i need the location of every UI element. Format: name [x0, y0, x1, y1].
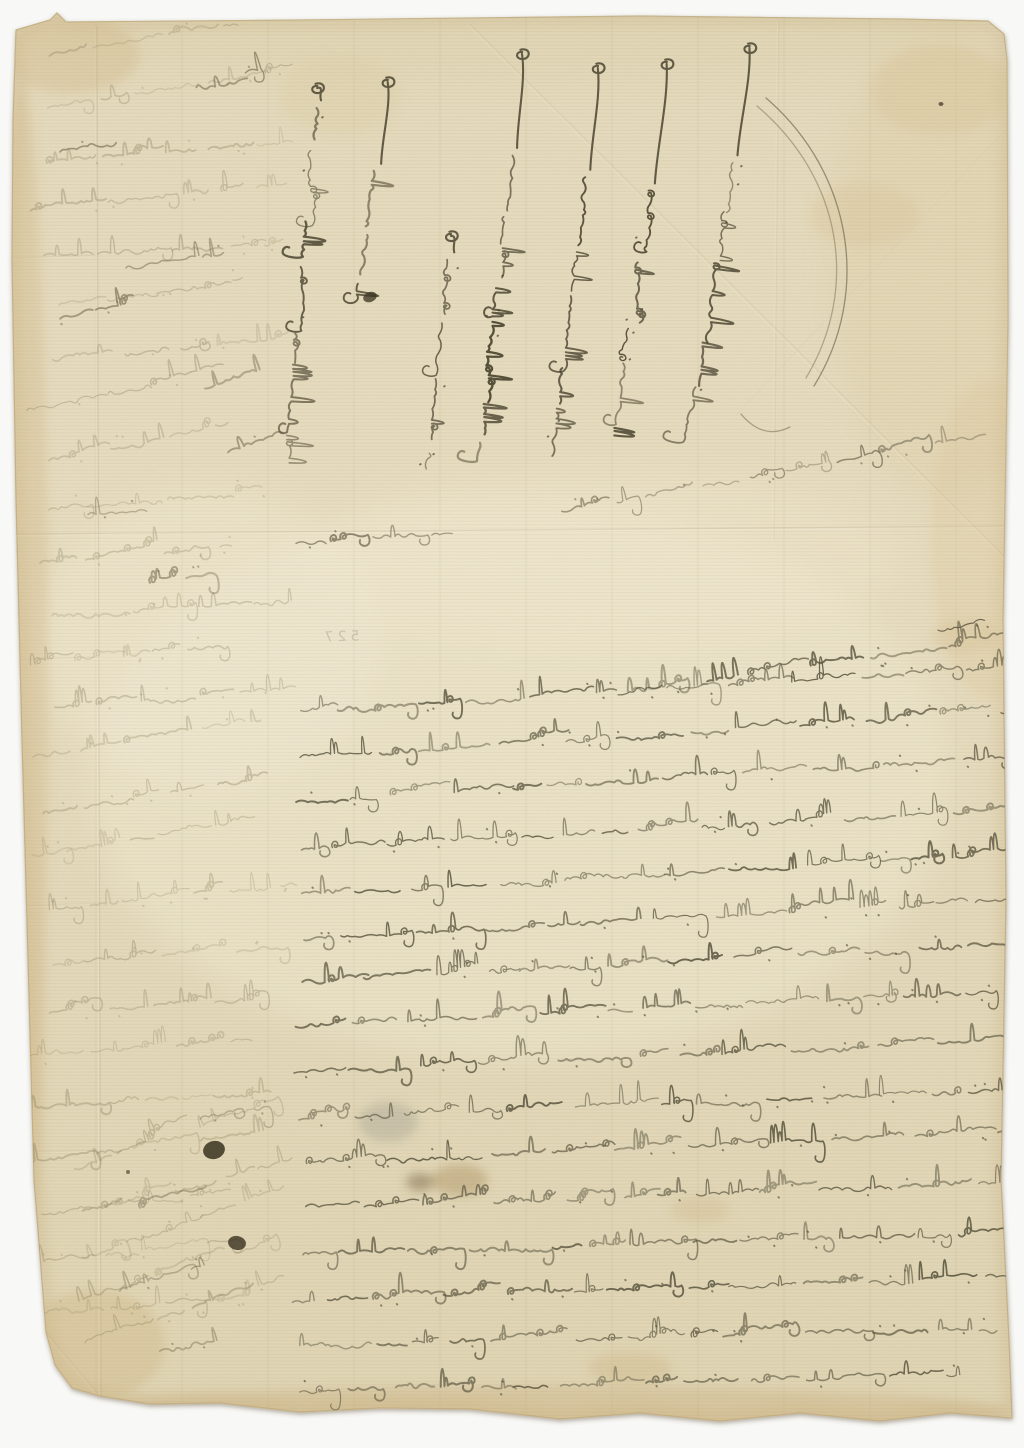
- scan-background: 527: [0, 0, 1024, 1448]
- paper-sheet: [0, 0, 1024, 1448]
- manuscript-page: [0, 0, 1024, 1448]
- archival-number-pencil: 527: [312, 628, 369, 646]
